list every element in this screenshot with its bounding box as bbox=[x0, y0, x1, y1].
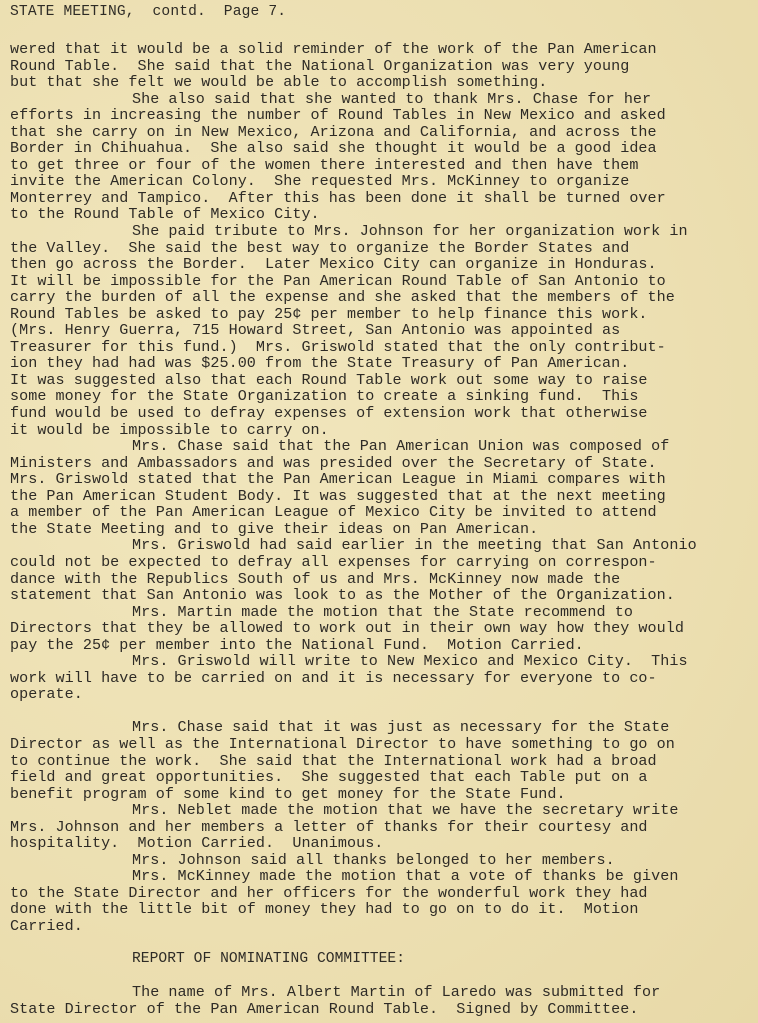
text-line: State Director of the Pan American Round… bbox=[10, 1001, 758, 1018]
text-line: Monterrey and Tampico. After this has be… bbox=[10, 190, 758, 207]
text-line: hospitality. Motion Carried. Unanimous. bbox=[10, 835, 758, 852]
text-line: Mrs. Chase said that it was just as nece… bbox=[10, 719, 758, 736]
text-line: work will have to be carried on and it i… bbox=[10, 670, 758, 687]
text-line: Mrs. Chase said that the Pan American Un… bbox=[10, 438, 758, 455]
text-line: Mrs. McKinney made the motion that a vot… bbox=[10, 868, 758, 885]
text-line: some money for the State Organization to… bbox=[10, 388, 758, 405]
text-line: Round Table. She said that the National … bbox=[10, 58, 758, 75]
text-line: The name of Mrs. Albert Martin of Laredo… bbox=[10, 984, 758, 1001]
text-line: field and great opportunities. She sugge… bbox=[10, 769, 758, 786]
text-line: ion they had had was $25.00 from the Sta… bbox=[10, 355, 758, 372]
text-line: wered that it would be a solid reminder … bbox=[10, 41, 758, 58]
text-line: Mrs. Griswold had said earlier in the me… bbox=[10, 537, 758, 554]
blank-line bbox=[10, 703, 758, 720]
text-line: Round Tables be asked to pay 25¢ per mem… bbox=[10, 306, 758, 323]
text-line: to the State Director and her officers f… bbox=[10, 885, 758, 902]
page-header: STATE MEETING, contd. Page 7. bbox=[10, 4, 286, 20]
text-line: Carried. bbox=[10, 918, 758, 935]
blank-line bbox=[10, 968, 758, 985]
text-line: could not be expected to defray all expe… bbox=[10, 554, 758, 571]
text-line: pay the 25¢ per member into the National… bbox=[10, 637, 758, 654]
text-line: the State Meeting and to give their idea… bbox=[10, 521, 758, 538]
section-heading: REPORT OF NOMINATING COMMITTEE: bbox=[10, 951, 758, 968]
text-line: it would be impossible to carry on. bbox=[10, 422, 758, 439]
text-line: carry the burden of all the expense and … bbox=[10, 289, 758, 306]
text-line: to the Round Table of Mexico City. bbox=[10, 206, 758, 223]
text-line: to continue the work. She said that the … bbox=[10, 753, 758, 770]
text-line: efforts in increasing the number of Roun… bbox=[10, 107, 758, 124]
text-line: Mrs. Neblet made the motion that we have… bbox=[10, 802, 758, 819]
text-line: the Pan American Student Body. It was su… bbox=[10, 488, 758, 505]
document-body: wered that it would be a solid reminder … bbox=[10, 41, 758, 1017]
text-line: but that she felt we would be able to ac… bbox=[10, 74, 758, 91]
text-line: It will be impossible for the Pan Americ… bbox=[10, 273, 758, 290]
document-page: STATE MEETING, contd. Page 7. wered that… bbox=[0, 0, 758, 1023]
text-line: then go across the Border. Later Mexico … bbox=[10, 256, 758, 273]
text-line: She paid tribute to Mrs. Johnson for her… bbox=[10, 223, 758, 240]
text-line: Mrs. Martin made the motion that the Sta… bbox=[10, 604, 758, 621]
text-line: (Mrs. Henry Guerra, 715 Howard Street, S… bbox=[10, 322, 758, 339]
text-line: Directors that they be allowed to work o… bbox=[10, 620, 758, 637]
text-line: benefit program of some kind to get mone… bbox=[10, 786, 758, 803]
text-line: Mrs. Griswold stated that the Pan Americ… bbox=[10, 471, 758, 488]
text-line: invite the American Colony. She requeste… bbox=[10, 173, 758, 190]
text-line: to get three or four of the women there … bbox=[10, 157, 758, 174]
text-line: It was suggested also that each Round Ta… bbox=[10, 372, 758, 389]
text-line: a member of the Pan American League of M… bbox=[10, 504, 758, 521]
text-line: statement that San Antonio was look to a… bbox=[10, 587, 758, 604]
text-line: operate. bbox=[10, 686, 758, 703]
text-line: Mrs. Johnson and her members a letter of… bbox=[10, 819, 758, 836]
text-line: dance with the Republics South of us and… bbox=[10, 571, 758, 588]
text-line: Mrs. Griswold will write to New Mexico a… bbox=[10, 653, 758, 670]
text-line: She also said that she wanted to thank M… bbox=[10, 91, 758, 108]
blank-line bbox=[10, 935, 758, 952]
text-line: Mrs. Johnson said all thanks belonged to… bbox=[10, 852, 758, 869]
text-line: Director as well as the International Di… bbox=[10, 736, 758, 753]
text-line: fund would be used to defray expenses of… bbox=[10, 405, 758, 422]
text-line: the Valley. She said the best way to org… bbox=[10, 240, 758, 257]
text-line: done with the little bit of money they h… bbox=[10, 901, 758, 918]
text-line: that she carry on in New Mexico, Arizona… bbox=[10, 124, 758, 141]
text-line: Ministers and Ambassadors and was presid… bbox=[10, 455, 758, 472]
text-line: Treasurer for this fund.) Mrs. Griswold … bbox=[10, 339, 758, 356]
text-line: Border in Chihuahua. She also said she t… bbox=[10, 140, 758, 157]
